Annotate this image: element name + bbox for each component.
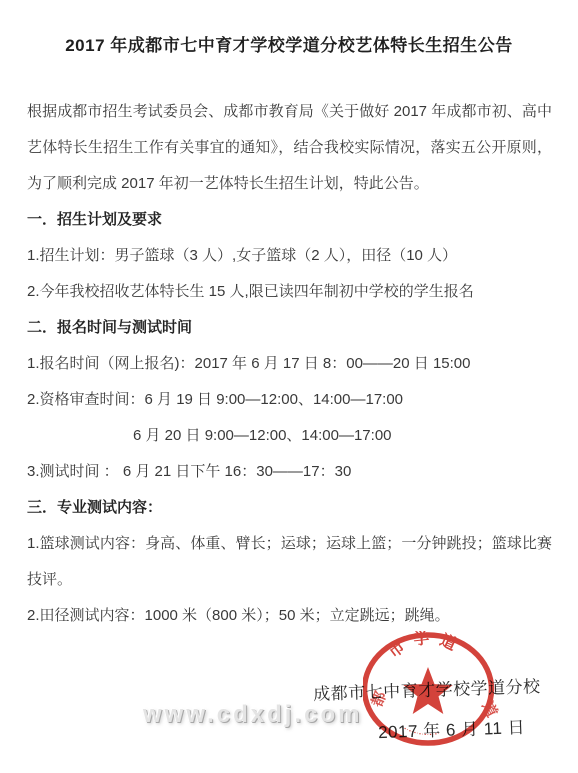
star-icon [403,667,452,714]
doc-paragraph: 3.测试时间 ： 6 月 21 日下午 16：30——17：30 [27,454,552,490]
official-seal-stamp: 市 学 道 街 都 道 ·▪·▪·▪·▪·▪·▪·▪· [363,631,500,753]
seal-bottom-microtext: ·▪·▪·▪·▪·▪·▪·▪· [400,725,441,738]
seal-side-left-char: 都 [368,689,390,710]
doc-paragraph: 2.资格审查时间：6 月 19 日 9:00—12:00、14:00—17:00 [27,382,552,418]
doc-paragraph: 根据成都市招生考试委员会、成都市教育局《关于做好 2017 年成都市初、高中艺体… [27,94,552,202]
doc-paragraph: 2.今年我校招收艺体特长生 15 人,限已读四年制初中学校的学生报名 [27,274,552,310]
doc-paragraph: 1.篮球测试内容：身高、体重、臂长；运球；运球上篮；一分钟跳投；篮球比赛技评。 [27,526,552,598]
section-heading: 三．专业测试内容： [27,490,552,526]
section-heading: 一．招生计划及要求 [27,202,552,238]
doc-paragraph: 6 月 20 日 9:00—12:00、14:00—17:00 [27,418,552,454]
doc-paragraph: 1.招生计划：男子篮球（3 人）,女子篮球（2 人），田径（10 人） [27,238,552,274]
document-body: 根据成都市招生考试委员会、成都市教育局《关于做好 2017 年成都市初、高中艺体… [27,94,552,634]
page-title: 2017 年成都市七中育才学校学道分校艺体特长生招生公告 [0,31,578,56]
announcement-page: 2017 年成都市七中育才学校学道分校艺体特长生招生公告 根据成都市招生考试委员… [0,0,578,773]
doc-paragraph: 1.报名时间（网上报名)：2017 年 6 月 17 日 8：00——20 日 … [27,346,552,382]
doc-paragraph: 2.田径测试内容：1000 米（800 米）；50 米；立定跳远；跳绳。 [27,598,552,634]
section-heading: 二．报名时间与测试时间 [27,310,552,346]
site-watermark: www.cdxdj.com [143,701,362,729]
